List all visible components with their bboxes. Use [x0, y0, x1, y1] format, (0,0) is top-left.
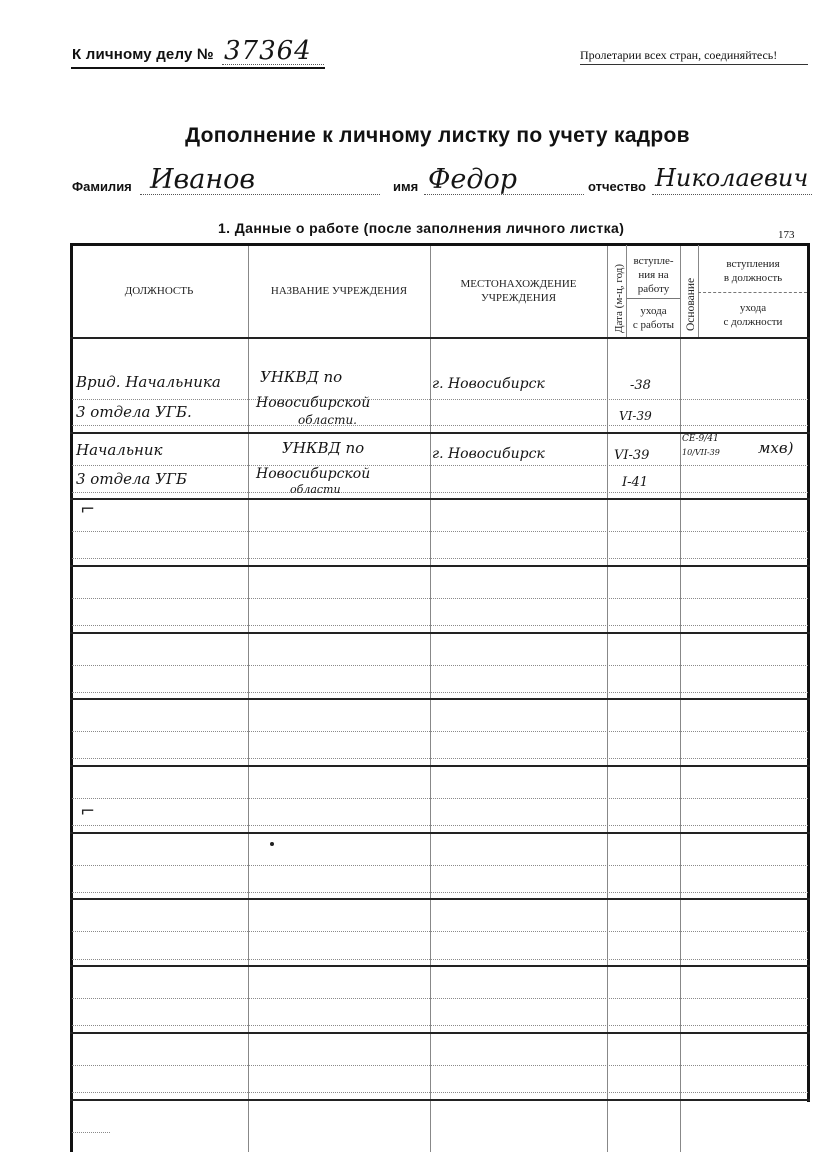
row2-position-line1[interactable]: Начальник — [76, 441, 163, 459]
header-basis-start-line1: вступления — [726, 257, 779, 271]
row2-date-end[interactable]: I-41 — [622, 475, 648, 490]
header-basis-start-line2: в должность — [724, 271, 782, 285]
writing-line — [72, 492, 808, 493]
header-basis-group: Основание — [685, 278, 697, 331]
patronymic-field[interactable]: Николаевич — [655, 164, 808, 192]
table-right-border — [807, 243, 810, 1102]
row1-position-line1[interactable]: Врид. Начальника — [76, 373, 221, 391]
writing-line — [72, 1092, 808, 1093]
row-separator — [70, 565, 810, 567]
writing-line — [72, 758, 808, 759]
writing-line — [72, 865, 808, 866]
row2-basis-order-date[interactable]: 10/VII-39 — [682, 448, 720, 457]
header-basis-end: ухода с должности — [699, 295, 807, 335]
row2-basis-order-number[interactable]: СЕ-9/41 — [682, 434, 719, 444]
case-file-underline — [71, 67, 325, 69]
writing-line — [72, 558, 808, 559]
header-location-line1: МЕСТОНАХОЖДЕНИЕ — [461, 277, 577, 291]
row-separator — [70, 832, 810, 834]
case-file-label: К личному делу № — [72, 46, 214, 63]
header-location-line2: УЧРЕЖДЕНИЯ — [481, 291, 556, 305]
header-date-separator — [626, 298, 680, 299]
slogan-text: Пролетарии всех стран, соединяйтесь! — [580, 48, 777, 63]
writing-line — [72, 1065, 808, 1066]
row2-location[interactable]: г. Новосибирск — [432, 446, 545, 462]
writing-line — [72, 465, 808, 466]
row-separator — [70, 965, 810, 967]
row1-position-line2[interactable]: 3 отдела УГБ. — [76, 403, 192, 421]
name-label: имя — [393, 179, 418, 194]
row-separator — [70, 898, 810, 900]
row2-institution-line2[interactable]: Новосибирской — [256, 466, 370, 482]
slogan-underline — [580, 64, 808, 65]
row1-date-start[interactable]: -38 — [630, 378, 651, 393]
writing-line — [72, 998, 808, 999]
header-date-start-line3: работу — [638, 282, 670, 296]
writing-line — [72, 665, 808, 666]
writing-line — [72, 892, 808, 893]
header-date-start-line1: вступле- — [633, 254, 673, 268]
patronymic-label: отчество — [588, 179, 646, 194]
writing-line — [72, 531, 808, 532]
row1-institution-line1[interactable]: УНКВД по — [260, 368, 342, 386]
writing-line — [72, 625, 808, 626]
header-position: ДОЛЖНОСТЬ — [70, 245, 248, 337]
writing-line — [72, 825, 808, 826]
writing-line — [72, 399, 808, 400]
row-separator — [70, 632, 810, 634]
writing-line — [72, 1132, 110, 1133]
row2-signature[interactable]: мхв) — [758, 439, 793, 457]
row-separator — [70, 698, 810, 700]
writing-line — [72, 692, 808, 693]
writing-line — [72, 959, 808, 960]
document-title: Дополнение к личному листку по учету кад… — [0, 124, 840, 148]
row-separator — [70, 1032, 810, 1034]
header-basis-end-line1: ухода — [740, 301, 766, 315]
section-title: 1. Данные о работе (после заполнения лич… — [218, 220, 624, 236]
writing-line — [72, 1025, 808, 1026]
header-date-start-line2: ния на — [638, 268, 668, 282]
stray-pen-mark: ⌐ — [80, 499, 95, 520]
row2-position-line2[interactable]: 3 отдела УГБ — [76, 470, 187, 488]
surname-field[interactable]: Иванов — [150, 164, 255, 195]
name-field[interactable]: Федор — [428, 164, 517, 195]
case-number-field[interactable]: 37364 — [224, 36, 312, 66]
writing-line — [72, 731, 808, 732]
row2-institution-line1[interactable]: УНКВД по — [282, 439, 364, 457]
writing-line — [72, 798, 808, 799]
ink-speck — [270, 842, 274, 846]
header-location: МЕСТОНАХОЖДЕНИЕ УЧРЕЖДЕНИЯ — [430, 245, 607, 337]
surname-label: Фамилия — [72, 179, 132, 194]
row1-institution-line3[interactable]: области. — [298, 413, 357, 427]
row1-date-end[interactable]: VI-39 — [619, 409, 652, 423]
work-history-table: ДОЛЖНОСТЬ НАЗВАНИЕ УЧРЕЖДЕНИЯ МЕСТОНАХОЖ… — [70, 243, 810, 1152]
header-date-end: ухода с работы — [627, 301, 680, 335]
header-institution: НАЗВАНИЕ УЧРЕЖДЕНИЯ — [248, 245, 430, 337]
row-separator — [70, 498, 810, 500]
writing-line — [72, 425, 808, 426]
writing-line — [72, 598, 808, 599]
writing-line — [72, 931, 808, 932]
header-date-end-line1: ухода — [640, 304, 666, 318]
header-basis-end-line2: с должности — [724, 315, 783, 329]
row1-institution-line2[interactable]: Новосибирской — [256, 395, 370, 411]
row2-date-start[interactable]: VI-39 — [614, 448, 649, 463]
header-date-group: Дата (м-ц, год) — [613, 264, 625, 333]
row-separator — [70, 1099, 810, 1101]
header-bottom-border — [70, 337, 810, 339]
stray-pen-mark: ⌐ — [80, 801, 95, 822]
header-date-start: вступле- ния на работу — [627, 253, 680, 297]
row-separator — [70, 765, 810, 767]
header-basis-separator — [698, 292, 807, 293]
patronymic-dotted-line — [652, 194, 812, 195]
header-basis-start: вступления в должность — [699, 251, 807, 291]
row2-institution-line3[interactable]: области — [290, 483, 341, 496]
row1-location[interactable]: г. Новосибирск — [432, 376, 545, 392]
page-number: 173 — [778, 229, 795, 241]
header-date-end-line2: с работы — [633, 318, 674, 332]
